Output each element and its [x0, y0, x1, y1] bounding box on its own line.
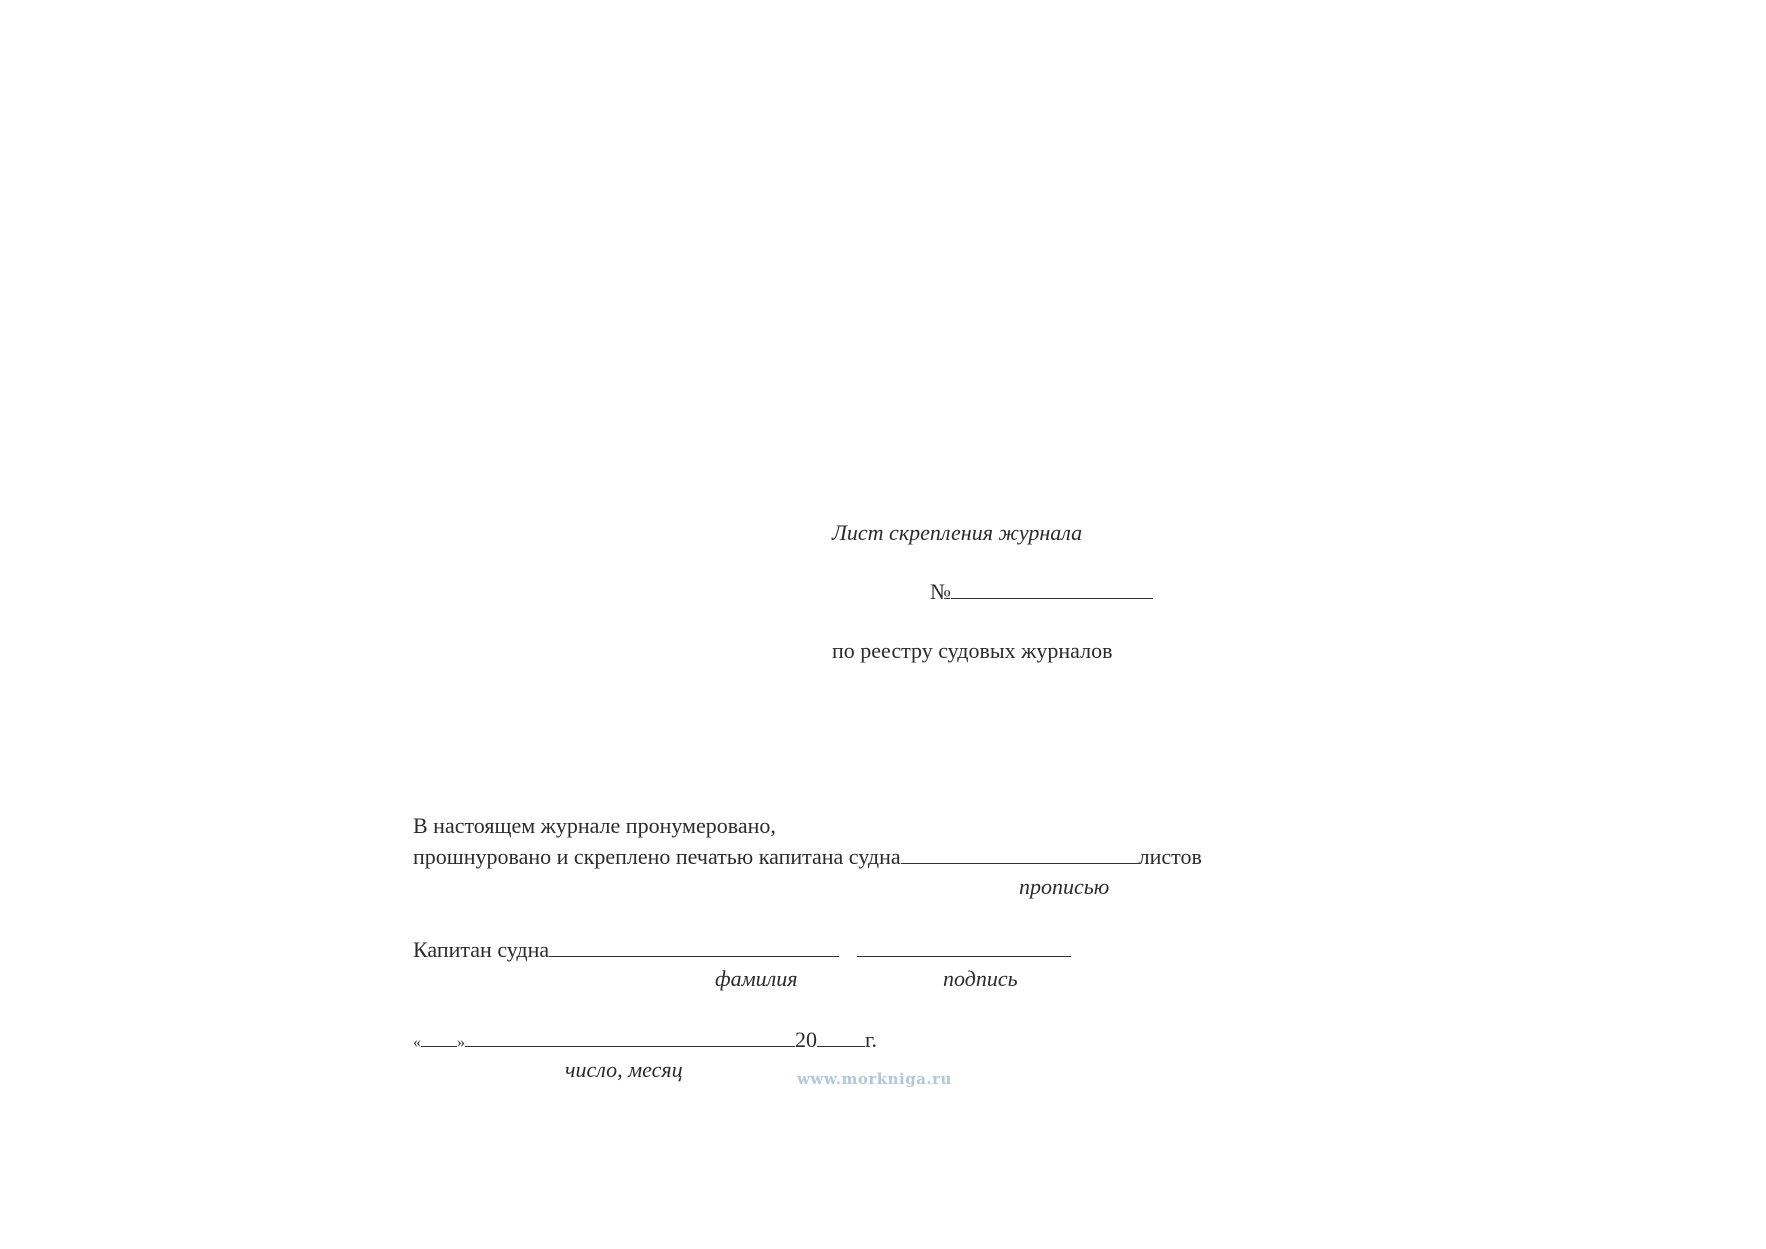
day-field[interactable]: [421, 1026, 457, 1047]
registry-text: по реестру судовых журналов: [832, 638, 1112, 664]
year-field[interactable]: [817, 1026, 865, 1047]
hint-signature: подпись: [943, 966, 1018, 992]
hint-surname: фамилия: [715, 966, 797, 992]
statement-line-1: В настоящем журнале пронумеровано,: [413, 813, 776, 839]
statement-suffix: листов: [1139, 844, 1202, 869]
close-quote: »: [457, 1034, 465, 1051]
journal-number-row: №: [930, 578, 1153, 605]
open-quote: «: [413, 1034, 421, 1051]
year-suffix: г.: [865, 1027, 877, 1052]
hint-day-month: число, месяц: [565, 1057, 683, 1083]
statement-prefix: прошнуровано и скреплено печатью капитан…: [413, 844, 901, 869]
captain-label: Капитан судна: [413, 937, 549, 962]
year-prefix: 20: [795, 1027, 817, 1052]
number-label: №: [930, 579, 951, 604]
month-field[interactable]: [465, 1026, 795, 1047]
hint-in-words: прописью: [1019, 874, 1109, 900]
statement-line-2: прошнуровано и скреплено печатью капитан…: [413, 843, 1202, 870]
journal-number-field[interactable]: [951, 578, 1153, 599]
date-row: «»20г.: [413, 1026, 877, 1053]
captain-signature-field[interactable]: [857, 936, 1071, 957]
watermark: www.morkniga.ru: [797, 1070, 952, 1088]
sheet-count-field[interactable]: [901, 843, 1139, 864]
document-title: Лист скрепления журнала: [832, 520, 1082, 546]
captain-surname-field[interactable]: [549, 936, 839, 957]
captain-row: Капитан судна: [413, 936, 1071, 963]
